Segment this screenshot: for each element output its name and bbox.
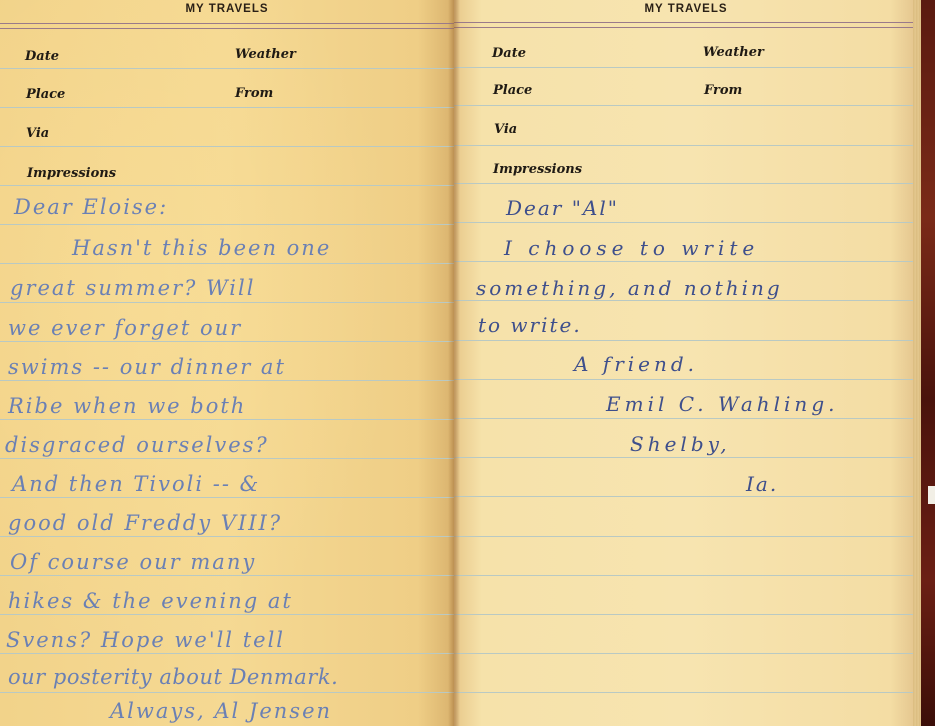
ruled-line [0, 692, 454, 693]
handwritten-line: to write. [478, 313, 582, 337]
ruled-line [454, 183, 918, 184]
ruled-line [0, 302, 454, 303]
ruled-line [454, 340, 918, 341]
ruled-line [0, 341, 454, 342]
signature: Always, Al Jensen [110, 699, 332, 723]
handwritten-line: Of course our many [10, 550, 256, 574]
from-label: From [235, 86, 273, 101]
ruled-line [0, 614, 454, 615]
right-page: MY TRAVELS Date Weather Place From Via I… [454, 0, 918, 726]
ruled-line [0, 263, 454, 264]
weather-label: Weather [235, 47, 296, 62]
ruled-line [0, 536, 454, 537]
ruled-line [454, 653, 918, 654]
ruled-line [454, 496, 918, 497]
ruled-line [0, 185, 454, 186]
header-double-rule [454, 22, 918, 28]
handwritten-line: we ever forget our [8, 316, 242, 340]
handwritten-line: Ia. [746, 472, 778, 496]
handwritten-line: And then Tivoli -- & [12, 472, 260, 496]
running-head: MY TRAVELS [454, 3, 918, 15]
impressions-label: Impressions [27, 166, 116, 181]
handwritten-line: disgraced ourselves? [5, 433, 269, 457]
ruled-line [0, 497, 454, 498]
ruled-line [0, 68, 454, 69]
handwritten-line: Ribe when we both [8, 394, 246, 418]
impressions-label: Impressions [493, 162, 582, 177]
ruled-line [0, 419, 454, 420]
date-label: Date [492, 46, 526, 61]
ruled-line [454, 261, 918, 262]
handwritten-line: great summer? Will [10, 276, 255, 300]
ruled-line [454, 614, 918, 615]
via-label: Via [26, 126, 49, 141]
handwritten-line: good old Freddy VIII? [8, 511, 282, 535]
handwritten-line: our posterity about Denmark. [8, 665, 338, 689]
ruled-line [454, 418, 918, 419]
ruled-line [0, 146, 454, 147]
weather-label: Weather [703, 45, 764, 60]
ruled-line [454, 67, 918, 68]
ruled-line [454, 692, 918, 693]
book-gutter [448, 0, 460, 726]
book-cover [921, 0, 935, 726]
page-edges [913, 0, 921, 726]
handwritten-line: hikes & the evening at [8, 589, 293, 613]
ruled-line [0, 107, 454, 108]
handwritten-line: I choose to write [504, 236, 759, 260]
running-head: MY TRAVELS [0, 3, 454, 15]
ruled-line [0, 380, 454, 381]
ruled-line [454, 105, 918, 106]
place-label: Place [26, 87, 65, 102]
ruled-line [454, 379, 918, 380]
handwritten-line: Dear Eloise: [14, 195, 168, 219]
date-label: Date [25, 49, 59, 64]
left-page: MY TRAVELS Date Weather Place From Via I… [0, 0, 454, 726]
place-label: Place [493, 83, 532, 98]
ruled-line [454, 536, 918, 537]
handwritten-line: Svens? Hope we'll tell [6, 628, 285, 652]
via-label: Via [494, 122, 517, 137]
ruled-line [0, 653, 454, 654]
ruled-line [454, 457, 918, 458]
header-double-rule [0, 23, 454, 29]
signature: Emil C. Wahling. [606, 392, 838, 416]
handwritten-line: Shelby, [630, 432, 731, 456]
bookmark-tab [928, 486, 935, 504]
ruled-line [454, 575, 918, 576]
ruled-line [0, 458, 454, 459]
handwritten-line: Dear "Al" [506, 196, 619, 220]
from-label: From [704, 83, 742, 98]
handwritten-line: swims -- our dinner at [8, 355, 286, 379]
ruled-line [0, 575, 454, 576]
handwritten-line: A friend. [574, 352, 698, 376]
ruled-line [454, 222, 918, 223]
open-travel-diary: MY TRAVELS Date Weather Place From Via I… [0, 0, 935, 726]
ruled-line [0, 224, 454, 225]
handwritten-line: something, and nothing [476, 276, 783, 300]
handwritten-line: Hasn't this been one [72, 236, 331, 260]
ruled-line [454, 145, 918, 146]
ruled-line [454, 300, 918, 301]
